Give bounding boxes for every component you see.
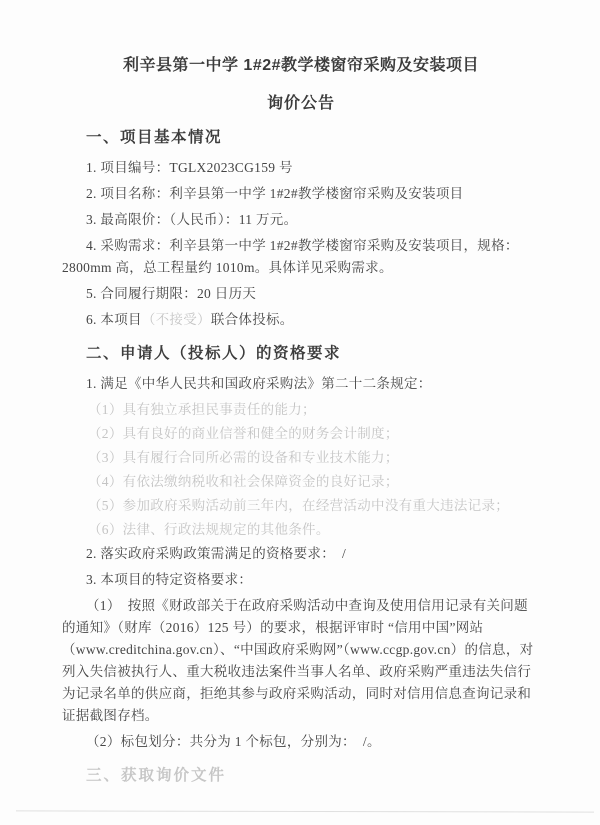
qualification-package-division: （2）标包划分：共分为 1 个标包，分别为： /。 <box>62 731 540 753</box>
basic-item-procurement-demand: 4. 采购需求：利辛县第一中学 1#2#教学楼窗帘采购及安装项目，规格：2800… <box>62 235 540 279</box>
section-qualification-heading: 二、申请人（投标人）的资格要求 <box>62 343 540 365</box>
qualification-law-intro: 1. 满足《中华人民共和国政府采购法》第二十二条规定： <box>62 373 540 395</box>
qualification-law-item: （5）参加政府采购活动前三年内，在经营活动中没有重大违法记录； <box>62 495 540 517</box>
qualification-law-item: （6）法律、行政法规规定的其他条件。 <box>62 519 540 541</box>
qualification-law-item: （1）具有独立承担民事责任的能力； <box>62 399 540 421</box>
section-basic-heading: 一、项目基本情况 <box>62 127 540 149</box>
qualification-law-item: （4）有依法缴纳税收和社会保障资金的良好记录； <box>62 471 540 493</box>
consortium-not-accepted: （不接受） <box>142 312 211 327</box>
qualification-law-item: （3）具有履行合同所必需的设备和专业技术能力； <box>62 447 540 469</box>
page-edge-line <box>16 810 594 812</box>
qualification-specific-intro: 3. 本项目的特定资格要求： <box>62 569 540 591</box>
basic-item-max-price: 3. 最高限价：（人民币）：11 万元。 <box>62 209 540 231</box>
basic-item-project-number: 1. 项目编号：TGLX2023CG159 号 <box>62 157 540 179</box>
document-page: 利辛县第一中学 1#2#教学楼窗帘采购及安装项目 询价公告 一、项目基本情况 1… <box>0 0 600 825</box>
qualification-policy-item: 2. 落实政府采购政策需满足的资格要求： / <box>62 543 540 565</box>
doc-title: 利辛县第一中学 1#2#教学楼窗帘采购及安装项目 <box>62 55 540 77</box>
basic-item-project-name: 2. 项目名称：利辛县第一中学 1#2#教学楼窗帘采购及安装项目 <box>62 183 540 205</box>
qualification-credit-paragraph: （1） 按照《财政部关于在政府采购活动中查询及使用信用记录有关问题的通知》（财库… <box>62 595 540 727</box>
basic-item-consortium: 6. 本项目（不接受）联合体投标。 <box>62 309 540 331</box>
section-obtain-heading: 三、获取询价文件 <box>62 765 540 787</box>
doc-subtitle: 询价公告 <box>62 93 540 115</box>
consortium-prefix: 6. 本项目 <box>86 312 142 327</box>
qualification-law-item: （2）具有良好的商业信誉和健全的财务会计制度； <box>62 423 540 445</box>
basic-item-contract-period: 5. 合同履行期限：20 日历天 <box>62 283 540 305</box>
consortium-suffix: 联合体投标。 <box>211 312 294 327</box>
